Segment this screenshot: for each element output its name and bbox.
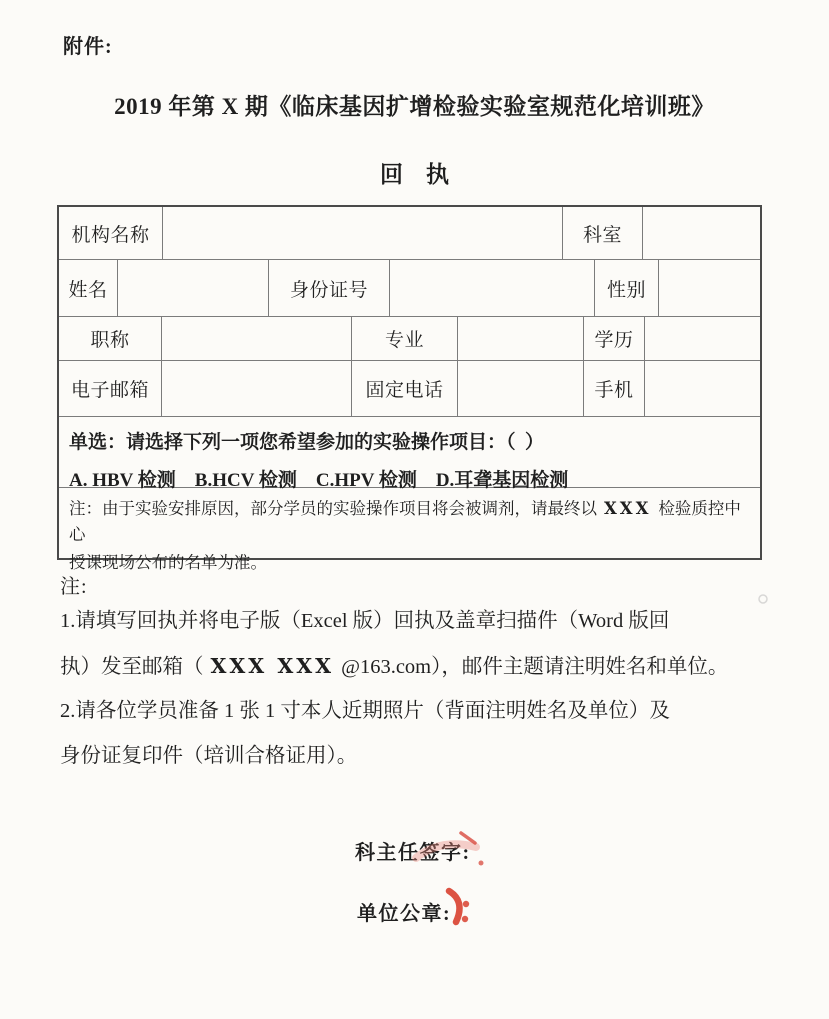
name-label-cell: 姓名 xyxy=(59,260,117,316)
org-name-field xyxy=(162,207,562,259)
dept-field xyxy=(642,207,760,259)
name-label: 姓名 xyxy=(68,275,107,302)
title-label: 职称 xyxy=(90,325,129,352)
gender-label: 性别 xyxy=(607,275,646,302)
dept-label: 科室 xyxy=(583,220,622,247)
scanned-form-page: 附件: 2019 年第 X 期《临床基因扩增检验实验室规范化培训班》 回 执 机… xyxy=(0,0,829,1019)
choice-cell: 单选：请选择下列一项您希望参加的实验操作项目：（ ） A. HBV 检测 B.H… xyxy=(59,417,760,487)
red-dot-mark xyxy=(479,861,484,866)
page-subtitle: 回 执 xyxy=(0,156,829,189)
mobile-field xyxy=(644,361,760,416)
bottom-notes: 注: 1.请填写回执并将电子版（Excel 版）回执及盖章扫描件（Word 版回… xyxy=(60,570,775,779)
email-label-cell: 电子邮箱 xyxy=(59,361,161,416)
dept-head-signature-label: 科主任签字: xyxy=(355,836,471,865)
phone-label-cell: 固定电话 xyxy=(351,361,457,416)
table-note-line1: 注：由于实验安排原因，部分学员的实验操作项目将会被调剂，请最终以XXX检验质控中… xyxy=(69,496,750,548)
id-number-field xyxy=(389,260,594,316)
table-row-profession: 职称 专业 学历 xyxy=(59,316,760,360)
email-field xyxy=(161,361,351,416)
title-label-cell: 职称 xyxy=(59,317,161,360)
registration-table: 机构名称 科室 姓名 身份证号 性别 职称 专业 学历 电子邮箱 固定电话 xyxy=(57,205,762,560)
org-name-label-cell: 机构名称 xyxy=(59,207,162,259)
notes-heading: 注: xyxy=(60,570,775,599)
education-field xyxy=(644,317,760,360)
title-field xyxy=(161,317,351,360)
major-label-cell: 专业 xyxy=(351,317,457,360)
choice-prompt: 单选：请选择下列一项您希望参加的实验操作项目：（ ） xyxy=(69,427,750,454)
dept-label-cell: 科室 xyxy=(562,207,642,259)
note1-line2-post: @163.com），邮件主题请注明姓名和单位。 xyxy=(341,656,728,678)
phone-label: 固定电话 xyxy=(365,375,443,402)
gender-label-cell: 性别 xyxy=(594,260,658,316)
mobile-label-cell: 手机 xyxy=(583,361,644,416)
note1-line2: 执）发至邮箱（XXX XXX@163.com），邮件主题请注明姓名和单位。 xyxy=(60,644,775,689)
table-row-contact: 电子邮箱 固定电话 手机 xyxy=(59,360,760,416)
attachment-label: 附件: xyxy=(63,30,113,59)
red-colon-dot-bottom xyxy=(462,916,468,922)
note2-line1: 2.请各位学员准备 1 张 1 寸本人近期照片（背面注明姓名及单位）及 xyxy=(60,689,775,734)
page-title: 2019 年第 X 期《临床基因扩增检验实验室规范化培训班》 xyxy=(0,88,829,121)
table-note-pre: 注：由于实验安排原因，部分学员的实验操作项目将会被调剂，请最终以 xyxy=(69,499,597,518)
major-label: 专业 xyxy=(385,325,424,352)
landline-field xyxy=(457,361,583,416)
org-name-label: 机构名称 xyxy=(71,220,149,247)
name-field xyxy=(117,260,268,316)
red-colon-dot-top xyxy=(463,901,469,907)
table-row-identity: 姓名 身份证号 性别 xyxy=(59,259,760,316)
table-row-organization: 机构名称 科室 xyxy=(59,207,760,259)
gender-field xyxy=(658,260,760,316)
id-label: 身份证号 xyxy=(290,275,368,302)
redacted-email: XXX XXX xyxy=(211,654,335,678)
note1-line2-pre: 执）发至邮箱（ xyxy=(60,656,204,678)
mobile-label: 手机 xyxy=(594,375,633,402)
redacted-text: XXX xyxy=(604,499,651,518)
note1-line1: 1.请填写回执并将电子版（Excel 版）回执及盖章扫描件（Word 版回 xyxy=(60,599,775,644)
email-label: 电子邮箱 xyxy=(71,375,149,402)
major-field xyxy=(457,317,583,360)
edu-label-cell: 学历 xyxy=(583,317,644,360)
id-label-cell: 身份证号 xyxy=(268,260,389,316)
official-seal-label: 单位公章: xyxy=(357,897,451,926)
note2-line2: 身份证复印件（培训合格证用）。 xyxy=(60,734,775,779)
table-note-cell: 注：由于实验安排原因，部分学员的实验操作项目将会被调剂，请最终以XXX检验质控中… xyxy=(59,488,760,558)
table-row-note: 注：由于实验安排原因，部分学员的实验操作项目将会被调剂，请最终以XXX检验质控中… xyxy=(59,487,760,558)
table-row-choice: 单选：请选择下列一项您希望参加的实验操作项目：（ ） A. HBV 检测 B.H… xyxy=(59,416,760,487)
edu-label: 学历 xyxy=(594,325,633,352)
